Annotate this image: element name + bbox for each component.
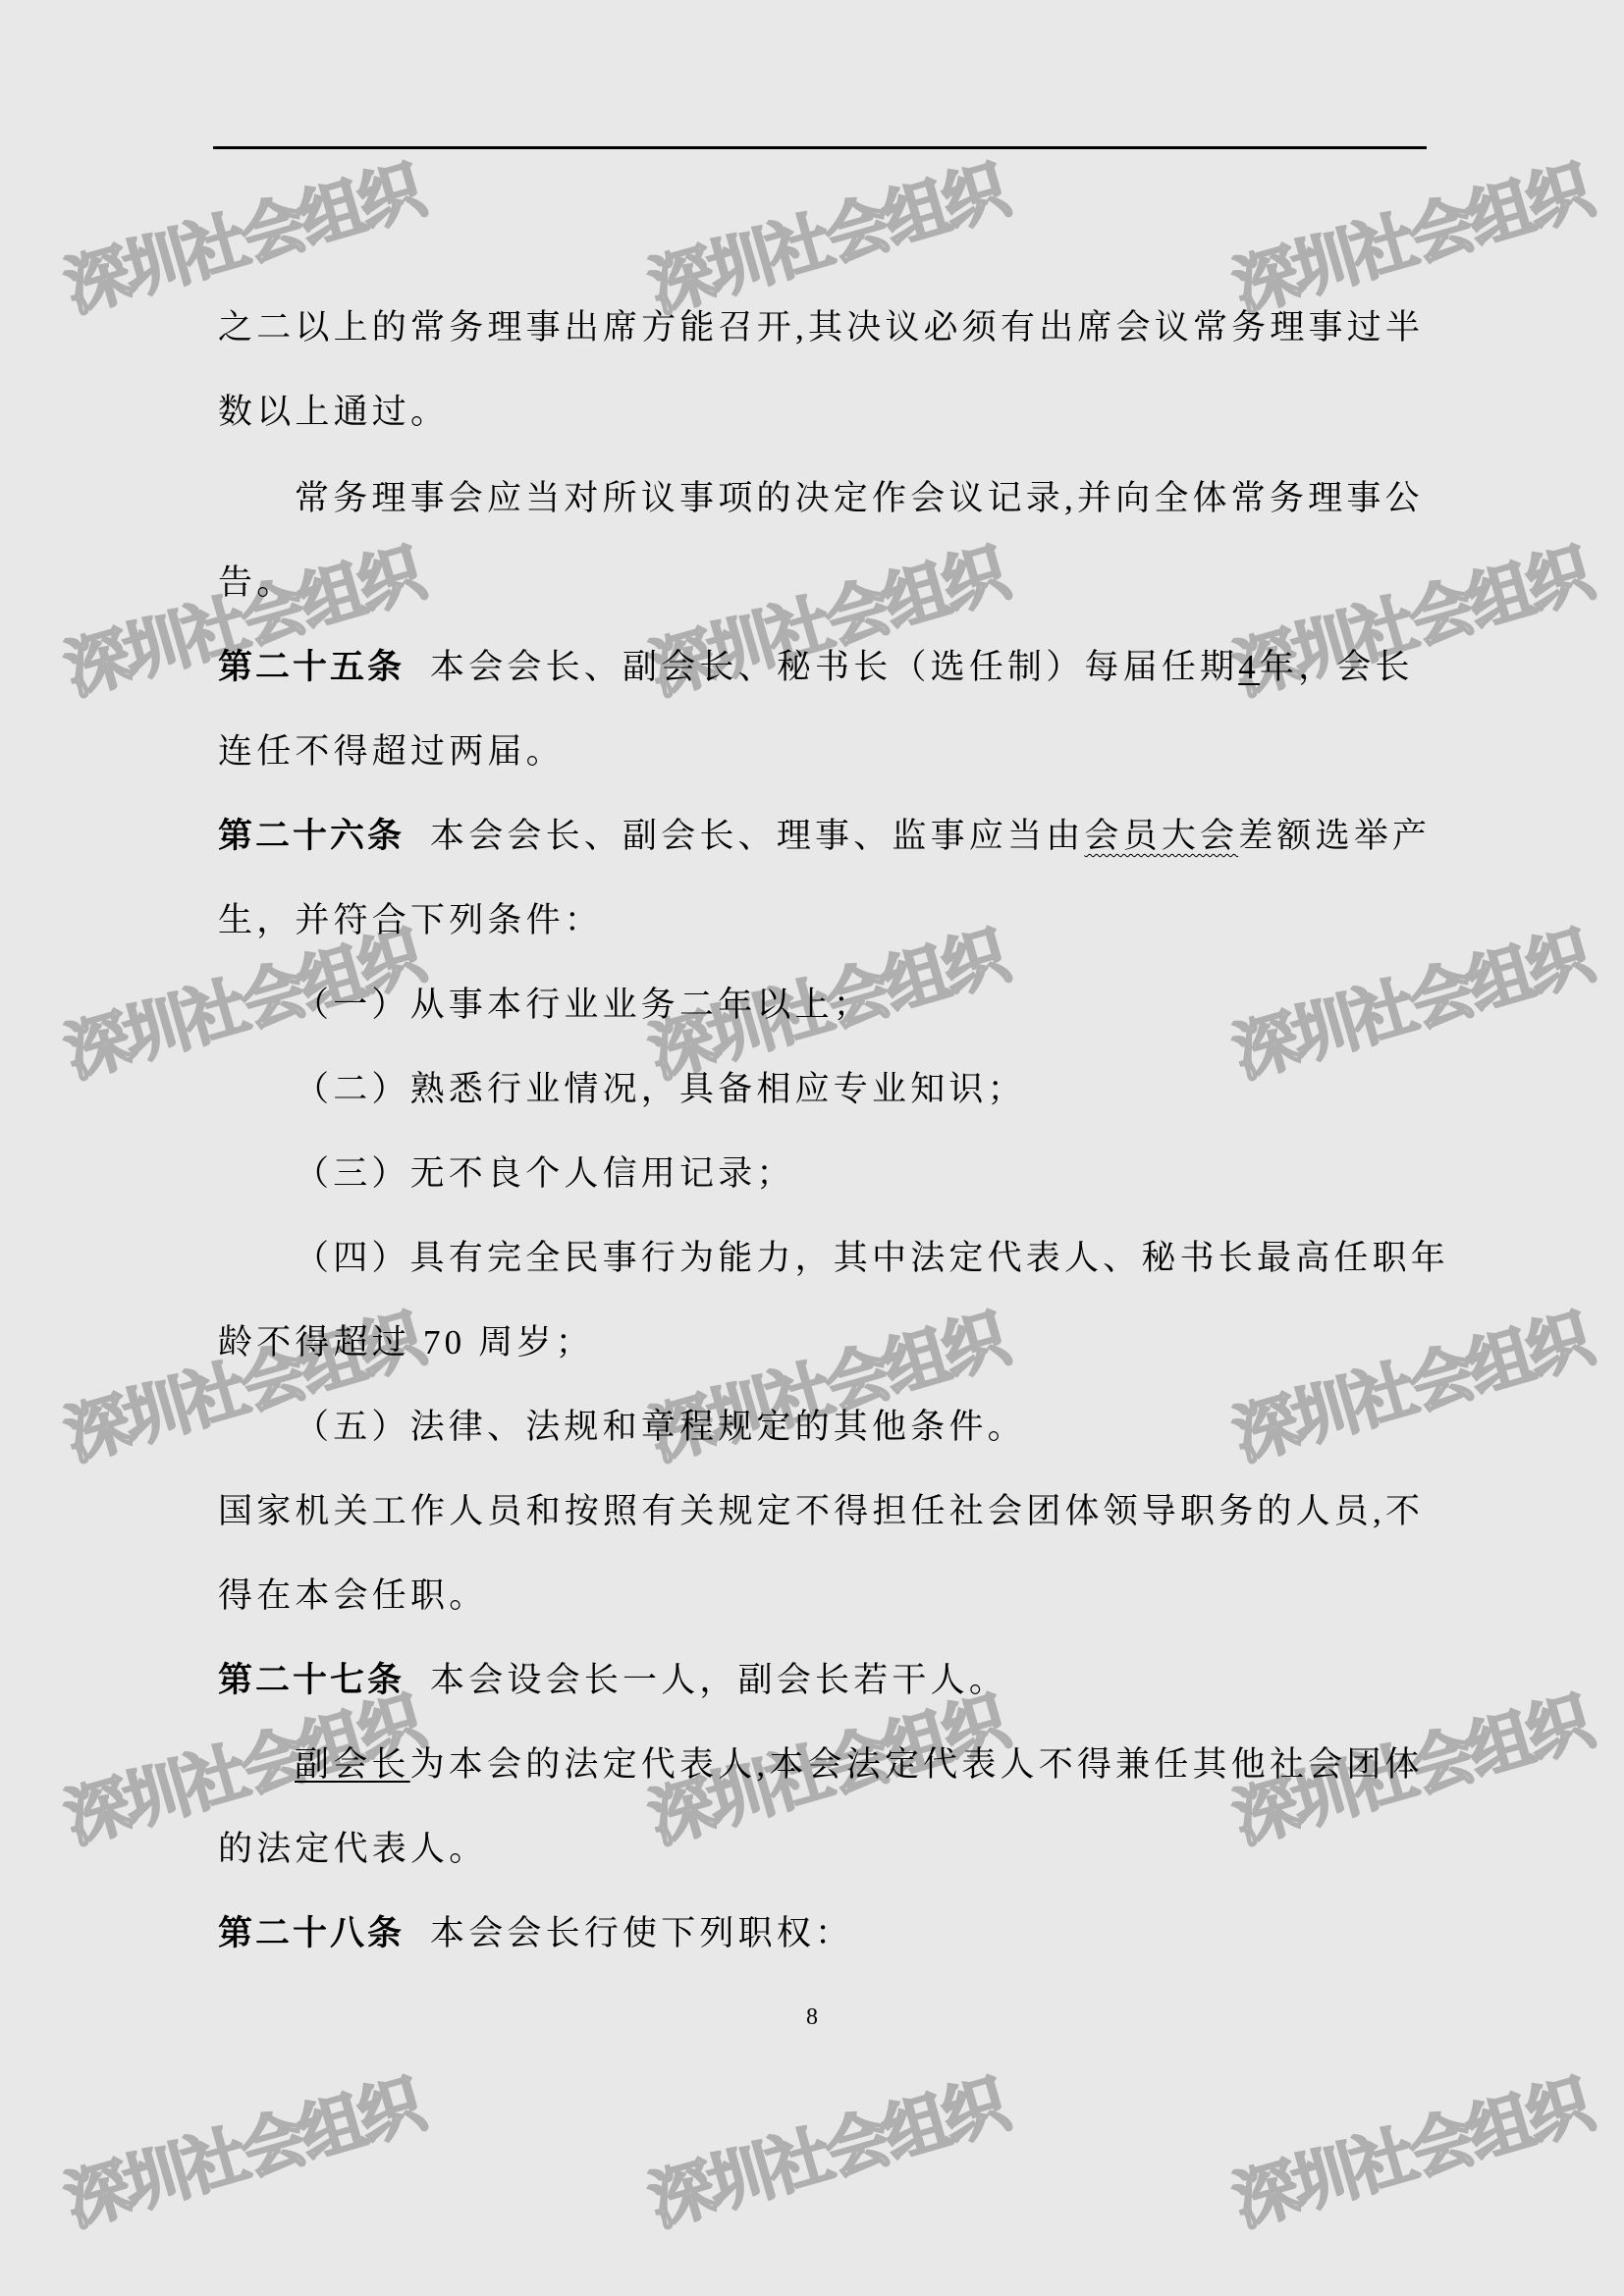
watermark: 深圳社会组织 bbox=[1221, 1287, 1598, 1477]
paragraph-line: 的法定代表人。 bbox=[218, 1828, 487, 1871]
watermark: 深圳社会组织 bbox=[1221, 2053, 1598, 2243]
article-heading: 第二十八条 bbox=[218, 1914, 405, 1952]
watermark: 深圳社会组织 bbox=[637, 2053, 1014, 2243]
page-number: 8 bbox=[0, 2004, 1624, 2031]
article-text: 年，会长 bbox=[1260, 648, 1414, 686]
article-text: 差额选举产 bbox=[1238, 817, 1431, 855]
article-heading: 第二十七条 bbox=[218, 1661, 405, 1699]
article-text: 本会会长、副会长、理事、监事应当由 bbox=[430, 817, 1084, 855]
article-26: 第二十六条本会会长、副会长、理事、监事应当由会员大会差额选举产 bbox=[218, 815, 1431, 858]
article-text: 本会会长、副会长、秘书长（选任制）每届任期 bbox=[430, 648, 1238, 686]
list-item: （二）熟悉行业情况，具备相应专业知识； bbox=[295, 1068, 1026, 1111]
watermark: 深圳社会组织 bbox=[1221, 138, 1598, 329]
list-item: （三）无不良个人信用记录； bbox=[295, 1152, 795, 1196]
article-text: 本会设会长一人，副会长若干人。 bbox=[430, 1661, 1007, 1699]
paragraph-line: 生，并符合下列条件： bbox=[218, 899, 603, 942]
paragraph-line: 得在本会任职。 bbox=[218, 1575, 487, 1618]
paragraph-line: 连任不得超过两届。 bbox=[218, 730, 565, 774]
paragraph-line: 数以上通过。 bbox=[218, 391, 449, 434]
list-item-continuation: 龄不得超过 70 周岁； bbox=[218, 1321, 594, 1364]
paragraph-line: 之二以上的常务理事出席方能召开,其决议必须有出席会议常务理事过半 bbox=[218, 306, 1424, 349]
paragraph-line: 告。 bbox=[218, 561, 295, 605]
article-28: 第二十八条本会会长行使下列职权： bbox=[218, 1912, 853, 1955]
watermark: 深圳社会组织 bbox=[53, 138, 430, 329]
article-27-paragraph: 副会长为本会的法定代表人,本会法定代表人不得兼任其他社会团体 bbox=[295, 1743, 1424, 1787]
header-rule bbox=[213, 146, 1427, 149]
term-years: 4 bbox=[1238, 648, 1260, 686]
article-text: 本会会长行使下列职权： bbox=[430, 1914, 853, 1952]
list-item: （五）法律、法规和章程规定的其他条件。 bbox=[295, 1406, 1026, 1449]
watermark: 深圳社会组织 bbox=[1221, 904, 1598, 1095]
watermark: 深圳社会组织 bbox=[637, 138, 1014, 329]
watermark: 深圳社会组织 bbox=[53, 2053, 430, 2243]
emphasis-vice-president: 副会长 bbox=[295, 1745, 410, 1784]
article-heading: 第二十五条 bbox=[218, 648, 405, 686]
list-item: （一）从事本行业业务二年以上； bbox=[295, 984, 872, 1027]
emphasis-member-assembly: 会员大会 bbox=[1084, 817, 1238, 855]
article-27: 第二十七条本会设会长一人，副会长若干人。 bbox=[218, 1659, 1007, 1702]
article-text: 为本会的法定代表人,本会法定代表人不得兼任其他社会团体 bbox=[410, 1745, 1424, 1784]
paragraph-line: 常务理事会应当对所议事项的决定作会议记录,并向全体常务理事公 bbox=[295, 477, 1424, 520]
article-heading: 第二十六条 bbox=[218, 817, 405, 855]
paragraph-line: 国家机关工作人员和按照有关规定不得担任社会团体领导职务的人员,不 bbox=[218, 1490, 1424, 1533]
list-item: （四）具有完全民事行为能力，其中法定代表人、秘书长最高任职年 bbox=[295, 1237, 1449, 1280]
article-25: 第二十五条本会会长、副会长、秘书长（选任制）每届任期4年，会长 bbox=[218, 646, 1414, 689]
